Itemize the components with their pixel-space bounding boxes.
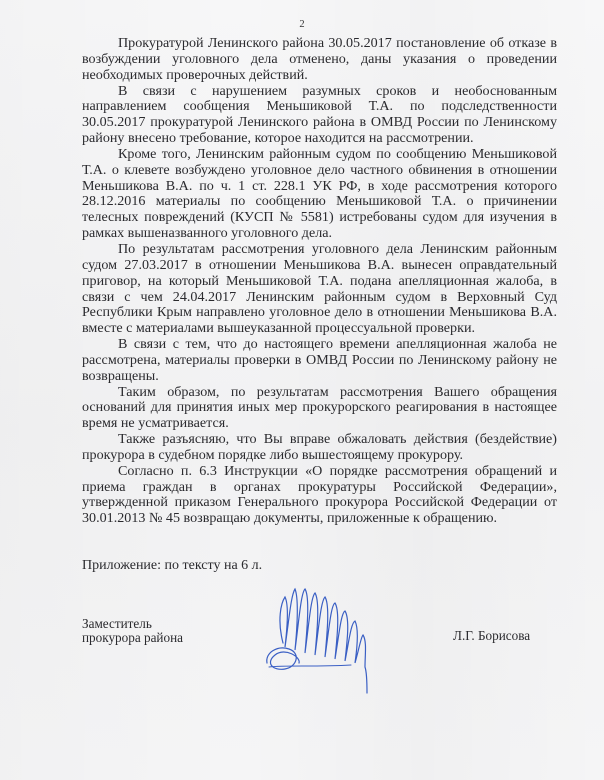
appendix-note: Приложение: по тексту на 6 л. xyxy=(82,558,262,574)
paragraph-documents-returned: Согласно п. 6.3 Инструкции «О порядке ра… xyxy=(82,464,557,527)
signer-position-line2: прокурора района xyxy=(82,631,183,645)
paragraph-appeal-pending: В связи с тем, что до настоящего времени… xyxy=(82,337,557,385)
paragraph-requirement: В связи с нарушением разумных сроков и н… xyxy=(82,84,557,147)
paragraph-appeal-rights: Также разъясняю, что Вы вправе обжаловат… xyxy=(82,432,557,464)
paragraph-decision-cancelled: Прокуратурой Ленинского района 30.05.201… xyxy=(82,36,557,84)
page-number: 2 xyxy=(0,19,604,30)
paragraph-verdict: По результатам рассмотрения уголовного д… xyxy=(82,242,557,337)
paragraph-criminal-case: Кроме того, Ленинским районным судом по … xyxy=(82,147,557,242)
paragraph-conclusion: Таким образом, по результатам рассмотрен… xyxy=(82,385,557,433)
letter-body: Прокуратурой Ленинского района 30.05.201… xyxy=(82,36,557,527)
handwritten-signature-icon xyxy=(255,575,385,695)
signer-position: Заместитель прокурора района xyxy=(82,617,183,645)
signer-name: Л.Г. Борисова xyxy=(453,628,530,644)
signer-position-line1: Заместитель xyxy=(82,617,183,631)
